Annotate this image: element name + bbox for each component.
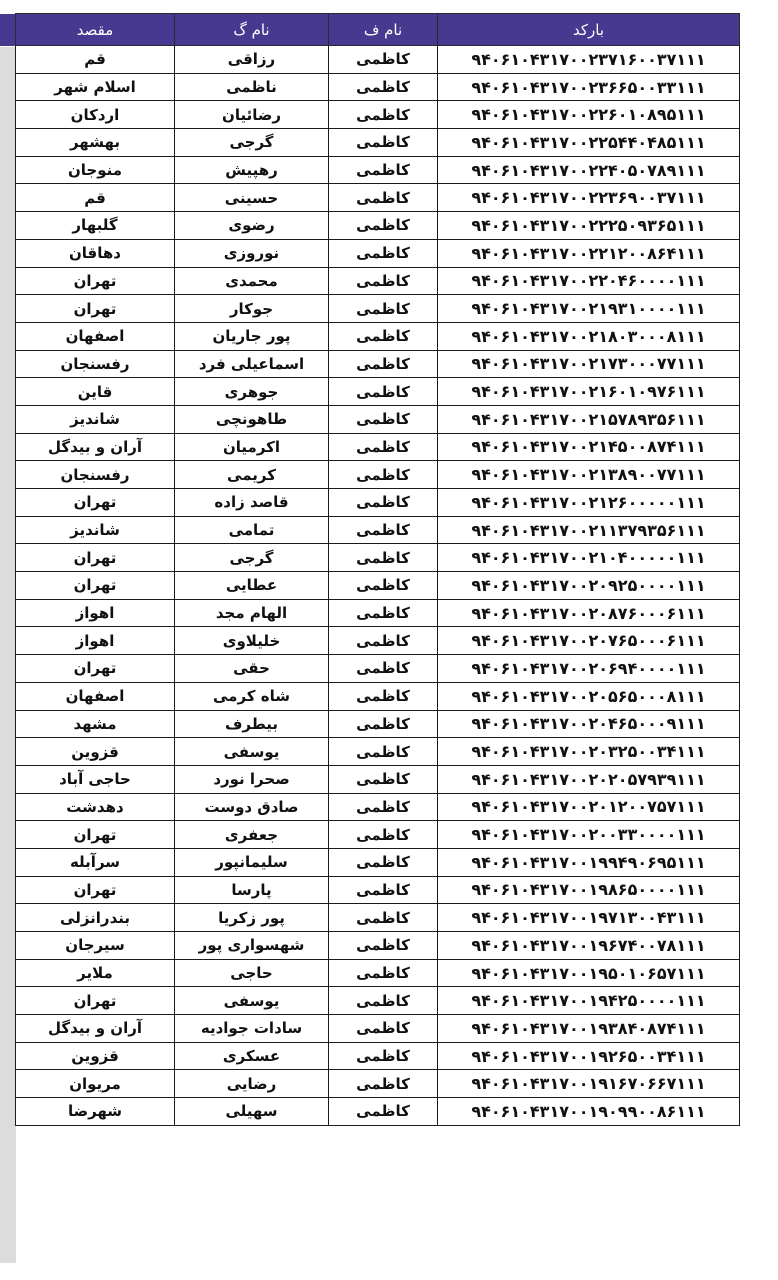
cell-last-name: سادات جوادیه — [175, 1015, 329, 1043]
cell-first-name: کاظمی — [329, 710, 438, 738]
cell-first-name: کاظمی — [329, 46, 438, 74]
cell-last-name: خلیلاوی — [175, 627, 329, 655]
cell-first-name: کاظمی — [329, 655, 438, 683]
table-row: تهرانقاصد زادهکاظمی۹۴۰۶۱۰۴۳۱۷۰۰۲۱۲۶۰۰۰۰۰… — [16, 489, 740, 517]
cell-last-name: جعفری — [175, 821, 329, 849]
cell-barcode: ۹۴۰۶۱۰۴۳۱۷۰۰۲۰۶۹۴۰۰۰۰۱۱۱ — [438, 655, 740, 683]
cell-destination: ملایر — [16, 959, 175, 987]
cell-barcode: ۹۴۰۶۱۰۴۳۱۷۰۰۱۹۸۶۵۰۰۰۰۱۱۱ — [438, 876, 740, 904]
cell-destination: قزوین — [16, 738, 175, 766]
cell-destination: تهران — [16, 655, 175, 683]
column-header-first-name: نام ف — [329, 14, 438, 46]
cell-first-name: کاظمی — [329, 405, 438, 433]
cell-destination: اسلام شهر — [16, 73, 175, 101]
table-row: اهوازخلیلاویکاظمی۹۴۰۶۱۰۴۳۱۷۰۰۲۰۷۶۵۰۰۰۶۱۱… — [16, 627, 740, 655]
cell-last-name: سهیلی — [175, 1098, 329, 1126]
table-row: رفسنجانکریمیکاظمی۹۴۰۶۱۰۴۳۱۷۰۰۲۱۳۸۹۰۰۷۷۱۱… — [16, 461, 740, 489]
cell-barcode: ۹۴۰۶۱۰۴۳۱۷۰۰۲۲۲۵۰۹۳۶۵۱۱۱ — [438, 212, 740, 240]
table-row: دهاقاننوروزیکاظمی۹۴۰۶۱۰۴۳۱۷۰۰۲۲۱۲۰۰۸۶۴۱۱… — [16, 239, 740, 267]
cell-destination: شاندیز — [16, 516, 175, 544]
cell-barcode: ۹۴۰۶۱۰۴۳۱۷۰۰۲۰۱۲۰۰۷۵۷۱۱۱ — [438, 793, 740, 821]
cell-barcode: ۹۴۰۶۱۰۴۳۱۷۰۰۱۹۱۶۷۰۶۶۷۱۱۱ — [438, 1070, 740, 1098]
table-row: سرآبلهسلیمانپورکاظمی۹۴۰۶۱۰۴۳۱۷۰۰۱۹۹۴۹۰۶۹… — [16, 848, 740, 876]
cell-destination: آران و بیدگل — [16, 433, 175, 461]
table-row: تهرانمحمدیکاظمی۹۴۰۶۱۰۴۳۱۷۰۰۲۲۰۴۶۰۰۰۰۱۱۱ — [16, 267, 740, 295]
cell-first-name: کاظمی — [329, 461, 438, 489]
cell-barcode: ۹۴۰۶۱۰۴۳۱۷۰۰۲۰۴۶۵۰۰۰۹۱۱۱ — [438, 710, 740, 738]
cell-first-name: کاظمی — [329, 156, 438, 184]
table-row: قمرزاقیکاظمی۹۴۰۶۱۰۴۳۱۷۰۰۲۳۷۱۶۰۰۳۷۱۱۱ — [16, 46, 740, 74]
shipment-table: مقصد نام گ نام ف بارکد قمرزاقیکاظمی۹۴۰۶۱… — [15, 13, 740, 1126]
cell-barcode: ۹۴۰۶۱۰۴۳۱۷۰۰۲۱۷۳۰۰۰۷۷۱۱۱ — [438, 350, 740, 378]
table-row: اصفهانشاه کرمیکاظمی۹۴۰۶۱۰۴۳۱۷۰۰۲۰۵۶۵۰۰۰۸… — [16, 682, 740, 710]
cell-barcode: ۹۴۰۶۱۰۴۳۱۷۰۰۲۰۷۶۵۰۰۰۶۱۱۱ — [438, 627, 740, 655]
cell-first-name: کاظمی — [329, 322, 438, 350]
table-row: اهوازالهام مجدکاظمی۹۴۰۶۱۰۴۳۱۷۰۰۲۰۸۷۶۰۰۰۶… — [16, 599, 740, 627]
cell-first-name: کاظمی — [329, 738, 438, 766]
cell-barcode: ۹۴۰۶۱۰۴۳۱۷۰۰۱۹۶۷۴۰۰۷۸۱۱۱ — [438, 932, 740, 960]
cell-first-name: کاظمی — [329, 184, 438, 212]
table-body: قمرزاقیکاظمی۹۴۰۶۱۰۴۳۱۷۰۰۲۳۷۱۶۰۰۳۷۱۱۱اسلا… — [16, 46, 740, 1126]
table-row: تهرانگرجیکاظمی۹۴۰۶۱۰۴۳۱۷۰۰۲۱۰۴۰۰۰۰۰۱۱۱ — [16, 544, 740, 572]
cell-barcode: ۹۴۰۶۱۰۴۳۱۷۰۰۲۰۳۲۵۰۰۳۴۱۱۱ — [438, 738, 740, 766]
cell-destination: قم — [16, 184, 175, 212]
cell-destination: تهران — [16, 876, 175, 904]
cell-last-name: رضایی — [175, 1070, 329, 1098]
cell-first-name: کاظمی — [329, 239, 438, 267]
table-row: قزوینعسکریکاظمی۹۴۰۶۱۰۴۳۱۷۰۰۱۹۲۶۵۰۰۳۴۱۱۱ — [16, 1042, 740, 1070]
cell-last-name: بیطرف — [175, 710, 329, 738]
cell-destination: تهران — [16, 295, 175, 323]
cell-first-name: کاظمی — [329, 516, 438, 544]
cell-first-name: کاظمی — [329, 848, 438, 876]
cell-destination: سرآبله — [16, 848, 175, 876]
table-row: ملایرحاجیکاظمی۹۴۰۶۱۰۴۳۱۷۰۰۱۹۵۰۱۰۶۵۷۱۱۱ — [16, 959, 740, 987]
cell-first-name: کاظمی — [329, 904, 438, 932]
cell-last-name: رضوی — [175, 212, 329, 240]
cell-destination: قزوین — [16, 1042, 175, 1070]
cell-last-name: صادق دوست — [175, 793, 329, 821]
cell-last-name: پارسا — [175, 876, 329, 904]
table-row: قزوینیوسفیکاظمی۹۴۰۶۱۰۴۳۱۷۰۰۲۰۳۲۵۰۰۳۴۱۱۱ — [16, 738, 740, 766]
cell-last-name: جوکار — [175, 295, 329, 323]
cell-last-name: جوهری — [175, 378, 329, 406]
cell-barcode: ۹۴۰۶۱۰۴۳۱۷۰۰۲۳۶۶۵۰۰۳۳۱۱۱ — [438, 73, 740, 101]
table-row: مریوانرضاییکاظمی۹۴۰۶۱۰۴۳۱۷۰۰۱۹۱۶۷۰۶۶۷۱۱۱ — [16, 1070, 740, 1098]
cell-first-name: کاظمی — [329, 1042, 438, 1070]
cell-barcode: ۹۴۰۶۱۰۴۳۱۷۰۰۲۰۲۰۵۷۹۳۹۱۱۱ — [438, 765, 740, 793]
shipment-table-container: مقصد نام گ نام ف بارکد قمرزاقیکاظمی۹۴۰۶۱… — [15, 13, 739, 1126]
cell-destination: بندرانزلی — [16, 904, 175, 932]
cell-destination: شاندیز — [16, 405, 175, 433]
table-row: رفسنجاناسماعیلی فردکاظمی۹۴۰۶۱۰۴۳۱۷۰۰۲۱۷۳… — [16, 350, 740, 378]
cell-barcode: ۹۴۰۶۱۰۴۳۱۷۰۰۲۱۹۳۱۰۰۰۰۱۱۱ — [438, 295, 740, 323]
cell-last-name: حقی — [175, 655, 329, 683]
cell-first-name: کاظمی — [329, 350, 438, 378]
cell-destination: قم — [16, 46, 175, 74]
cell-destination: رفسنجان — [16, 461, 175, 489]
cell-destination: دهاقان — [16, 239, 175, 267]
cell-destination: گلبهار — [16, 212, 175, 240]
cell-last-name: شاه کرمی — [175, 682, 329, 710]
cell-last-name: صحرا نورد — [175, 765, 329, 793]
cell-first-name: کاظمی — [329, 627, 438, 655]
cell-barcode: ۹۴۰۶۱۰۴۳۱۷۰۰۲۲۰۴۶۰۰۰۰۱۱۱ — [438, 267, 740, 295]
cell-first-name: کاظمی — [329, 1015, 438, 1043]
cell-last-name: گرجی — [175, 129, 329, 157]
cell-last-name: شهسواری پور — [175, 932, 329, 960]
cell-first-name: کاظمی — [329, 932, 438, 960]
table-row: قاینجوهریکاظمی۹۴۰۶۱۰۴۳۱۷۰۰۲۱۶۰۱۰۹۷۶۱۱۱ — [16, 378, 740, 406]
cell-first-name: کاظمی — [329, 267, 438, 295]
cell-first-name: کاظمی — [329, 212, 438, 240]
cell-destination: تهران — [16, 821, 175, 849]
cell-first-name: کاظمی — [329, 433, 438, 461]
cell-barcode: ۹۴۰۶۱۰۴۳۱۷۰۰۲۱۸۰۳۰۰۰۸۱۱۱ — [438, 322, 740, 350]
table-row: تهرانپارساکاظمی۹۴۰۶۱۰۴۳۱۷۰۰۱۹۸۶۵۰۰۰۰۱۱۱ — [16, 876, 740, 904]
table-row: شهرضاسهیلیکاظمی۹۴۰۶۱۰۴۳۱۷۰۰۱۹۰۹۹۰۰۸۶۱۱۱ — [16, 1098, 740, 1126]
cell-first-name: کاظمی — [329, 765, 438, 793]
cell-last-name: پور جاریان — [175, 322, 329, 350]
cell-barcode: ۹۴۰۶۱۰۴۳۱۷۰۰۲۰۹۲۵۰۰۰۰۱۱۱ — [438, 572, 740, 600]
table-row: شاندیزطاهونچیکاظمی۹۴۰۶۱۰۴۳۱۷۰۰۲۱۵۷۸۹۳۵۶۱… — [16, 405, 740, 433]
cell-last-name: تمامی — [175, 516, 329, 544]
cell-last-name: الهام مجد — [175, 599, 329, 627]
cell-barcode: ۹۴۰۶۱۰۴۳۱۷۰۰۱۹۷۱۳۰۰۴۳۱۱۱ — [438, 904, 740, 932]
cell-first-name: کاظمی — [329, 489, 438, 517]
cell-last-name: نوروزی — [175, 239, 329, 267]
cell-barcode: ۹۴۰۶۱۰۴۳۱۷۰۰۲۲۴۰۵۰۷۸۹۱۱۱ — [438, 156, 740, 184]
table-row: اردکانرضائیانکاظمی۹۴۰۶۱۰۴۳۱۷۰۰۲۲۶۰۱۰۸۹۵۱… — [16, 101, 740, 129]
table-row: اصفهانپور جاریانکاظمی۹۴۰۶۱۰۴۳۱۷۰۰۲۱۸۰۳۰۰… — [16, 322, 740, 350]
cell-barcode: ۹۴۰۶۱۰۴۳۱۷۰۰۲۱۱۳۷۹۳۵۶۱۱۱ — [438, 516, 740, 544]
cell-last-name: یوسفی — [175, 738, 329, 766]
cell-last-name: عسکری — [175, 1042, 329, 1070]
cell-barcode: ۹۴۰۶۱۰۴۳۱۷۰۰۲۱۴۵۰۰۸۷۴۱۱۱ — [438, 433, 740, 461]
cell-barcode: ۹۴۰۶۱۰۴۳۱۷۰۰۲۲۳۶۹۰۰۳۷۱۱۱ — [438, 184, 740, 212]
table-row: تهرانحقیکاظمی۹۴۰۶۱۰۴۳۱۷۰۰۲۰۶۹۴۰۰۰۰۱۱۱ — [16, 655, 740, 683]
cell-destination: دهدشت — [16, 793, 175, 821]
cell-first-name: کاظمی — [329, 1098, 438, 1126]
cell-first-name: کاظمی — [329, 73, 438, 101]
cell-first-name: کاظمی — [329, 793, 438, 821]
cell-destination: سیرجان — [16, 932, 175, 960]
cell-last-name: عطایی — [175, 572, 329, 600]
cell-destination: رفسنجان — [16, 350, 175, 378]
cell-destination: شهرضا — [16, 1098, 175, 1126]
cell-last-name: پور زکریا — [175, 904, 329, 932]
cell-last-name: اکرمیان — [175, 433, 329, 461]
table-row: مشهدبیطرفکاظمی۹۴۰۶۱۰۴۳۱۷۰۰۲۰۴۶۵۰۰۰۹۱۱۱ — [16, 710, 740, 738]
cell-first-name: کاظمی — [329, 987, 438, 1015]
cell-destination: تهران — [16, 267, 175, 295]
table-row: اسلام شهرناظمیکاظمی۹۴۰۶۱۰۴۳۱۷۰۰۲۳۶۶۵۰۰۳۳… — [16, 73, 740, 101]
cell-barcode: ۹۴۰۶۱۰۴۳۱۷۰۰۱۹۴۲۵۰۰۰۰۱۱۱ — [438, 987, 740, 1015]
cell-last-name: اسماعیلی فرد — [175, 350, 329, 378]
left-gray-strip — [0, 47, 16, 1263]
cell-barcode: ۹۴۰۶۱۰۴۳۱۷۰۰۱۹۲۶۵۰۰۳۴۱۱۱ — [438, 1042, 740, 1070]
cell-last-name: محمدی — [175, 267, 329, 295]
column-header-last-name: نام گ — [175, 14, 329, 46]
cell-last-name: رهپیش — [175, 156, 329, 184]
cell-last-name: کریمی — [175, 461, 329, 489]
table-row: گلبهاررضویکاظمی۹۴۰۶۱۰۴۳۱۷۰۰۲۲۲۵۰۹۳۶۵۱۱۱ — [16, 212, 740, 240]
cell-first-name: کاظمی — [329, 821, 438, 849]
cell-barcode: ۹۴۰۶۱۰۴۳۱۷۰۰۱۹۰۹۹۰۰۸۶۱۱۱ — [438, 1098, 740, 1126]
cell-first-name: کاظمی — [329, 295, 438, 323]
table-row: قمحسینیکاظمی۹۴۰۶۱۰۴۳۱۷۰۰۲۲۳۶۹۰۰۳۷۱۱۱ — [16, 184, 740, 212]
cell-destination: اصفهان — [16, 322, 175, 350]
cell-first-name: کاظمی — [329, 682, 438, 710]
cell-barcode: ۹۴۰۶۱۰۴۳۱۷۰۰۱۹۵۰۱۰۶۵۷۱۱۱ — [438, 959, 740, 987]
cell-barcode: ۹۴۰۶۱۰۴۳۱۷۰۰۲۰۵۶۵۰۰۰۸۱۱۱ — [438, 682, 740, 710]
cell-first-name: کاظمی — [329, 599, 438, 627]
column-header-barcode: بارکد — [438, 14, 740, 46]
cell-last-name: قاصد زاده — [175, 489, 329, 517]
cell-destination: اهواز — [16, 599, 175, 627]
cell-last-name: گرجی — [175, 544, 329, 572]
cell-destination: حاجی آباد — [16, 765, 175, 793]
table-row: تهرانیوسفیکاظمی۹۴۰۶۱۰۴۳۱۷۰۰۱۹۴۲۵۰۰۰۰۱۱۱ — [16, 987, 740, 1015]
cell-last-name: حاجی — [175, 959, 329, 987]
cell-barcode: ۹۴۰۶۱۰۴۳۱۷۰۰۲۰۰۳۳۰۰۰۰۱۱۱ — [438, 821, 740, 849]
cell-destination: اردکان — [16, 101, 175, 129]
cell-destination: تهران — [16, 544, 175, 572]
table-row: آران و بیدگلاکرمیانکاظمی۹۴۰۶۱۰۴۳۱۷۰۰۲۱۴۵… — [16, 433, 740, 461]
cell-last-name: یوسفی — [175, 987, 329, 1015]
table-row: منوجانرهپیشکاظمی۹۴۰۶۱۰۴۳۱۷۰۰۲۲۴۰۵۰۷۸۹۱۱۱ — [16, 156, 740, 184]
cell-destination: مشهد — [16, 710, 175, 738]
cell-first-name: کاظمی — [329, 959, 438, 987]
table-row: شاندیزتمامیکاظمی۹۴۰۶۱۰۴۳۱۷۰۰۲۱۱۳۷۹۳۵۶۱۱۱ — [16, 516, 740, 544]
cell-destination: آران و بیدگل — [16, 1015, 175, 1043]
table-row: تهرانجعفریکاظمی۹۴۰۶۱۰۴۳۱۷۰۰۲۰۰۳۳۰۰۰۰۱۱۱ — [16, 821, 740, 849]
cell-first-name: کاظمی — [329, 101, 438, 129]
table-header: مقصد نام گ نام ف بارکد — [16, 14, 740, 46]
table-row: آران و بیدگلسادات جوادیهکاظمی۹۴۰۶۱۰۴۳۱۷۰… — [16, 1015, 740, 1043]
cell-last-name: حسینی — [175, 184, 329, 212]
column-header-destination: مقصد — [16, 14, 175, 46]
cell-first-name: کاظمی — [329, 129, 438, 157]
cell-barcode: ۹۴۰۶۱۰۴۳۱۷۰۰۲۲۱۲۰۰۸۶۴۱۱۱ — [438, 239, 740, 267]
cell-last-name: رزاقی — [175, 46, 329, 74]
left-header-tab — [0, 14, 16, 46]
cell-last-name: سلیمانپور — [175, 848, 329, 876]
cell-barcode: ۹۴۰۶۱۰۴۳۱۷۰۰۲۲۵۴۴۰۴۸۵۱۱۱ — [438, 129, 740, 157]
cell-barcode: ۹۴۰۶۱۰۴۳۱۷۰۰۲۱۲۶۰۰۰۰۰۱۱۱ — [438, 489, 740, 517]
cell-last-name: رضائیان — [175, 101, 329, 129]
cell-barcode: ۹۴۰۶۱۰۴۳۱۷۰۰۲۱۵۷۸۹۳۵۶۱۱۱ — [438, 405, 740, 433]
cell-first-name: کاظمی — [329, 378, 438, 406]
cell-last-name: طاهونچی — [175, 405, 329, 433]
cell-first-name: کاظمی — [329, 876, 438, 904]
cell-barcode: ۹۴۰۶۱۰۴۳۱۷۰۰۱۹۹۴۹۰۶۹۵۱۱۱ — [438, 848, 740, 876]
cell-destination: اصفهان — [16, 682, 175, 710]
cell-barcode: ۹۴۰۶۱۰۴۳۱۷۰۰۲۱۶۰۱۰۹۷۶۱۱۱ — [438, 378, 740, 406]
cell-first-name: کاظمی — [329, 544, 438, 572]
cell-barcode: ۹۴۰۶۱۰۴۳۱۷۰۰۲۰۸۷۶۰۰۰۶۱۱۱ — [438, 599, 740, 627]
table-row: دهدشتصادق دوستکاظمی۹۴۰۶۱۰۴۳۱۷۰۰۲۰۱۲۰۰۷۵۷… — [16, 793, 740, 821]
table-row: تهرانجوکارکاظمی۹۴۰۶۱۰۴۳۱۷۰۰۲۱۹۳۱۰۰۰۰۱۱۱ — [16, 295, 740, 323]
cell-first-name: کاظمی — [329, 572, 438, 600]
cell-destination: منوجان — [16, 156, 175, 184]
cell-barcode: ۹۴۰۶۱۰۴۳۱۷۰۰۲۳۷۱۶۰۰۳۷۱۱۱ — [438, 46, 740, 74]
cell-first-name: کاظمی — [329, 1070, 438, 1098]
table-row: تهرانعطاییکاظمی۹۴۰۶۱۰۴۳۱۷۰۰۲۰۹۲۵۰۰۰۰۱۱۱ — [16, 572, 740, 600]
cell-barcode: ۹۴۰۶۱۰۴۳۱۷۰۰۲۲۶۰۱۰۸۹۵۱۱۱ — [438, 101, 740, 129]
header-row: مقصد نام گ نام ف بارکد — [16, 14, 740, 46]
cell-destination: تهران — [16, 572, 175, 600]
cell-destination: بهشهر — [16, 129, 175, 157]
cell-destination: قاین — [16, 378, 175, 406]
table-row: بهشهرگرجیکاظمی۹۴۰۶۱۰۴۳۱۷۰۰۲۲۵۴۴۰۴۸۵۱۱۱ — [16, 129, 740, 157]
cell-destination: تهران — [16, 987, 175, 1015]
table-row: سیرجانشهسواری پورکاظمی۹۴۰۶۱۰۴۳۱۷۰۰۱۹۶۷۴۰… — [16, 932, 740, 960]
cell-destination: تهران — [16, 489, 175, 517]
cell-destination: اهواز — [16, 627, 175, 655]
cell-barcode: ۹۴۰۶۱۰۴۳۱۷۰۰۲۱۳۸۹۰۰۷۷۱۱۱ — [438, 461, 740, 489]
cell-barcode: ۹۴۰۶۱۰۴۳۱۷۰۰۱۹۳۸۴۰۸۷۴۱۱۱ — [438, 1015, 740, 1043]
cell-destination: مریوان — [16, 1070, 175, 1098]
table-row: حاجی آبادصحرا نوردکاظمی۹۴۰۶۱۰۴۳۱۷۰۰۲۰۲۰۵… — [16, 765, 740, 793]
cell-last-name: ناظمی — [175, 73, 329, 101]
table-row: بندرانزلیپور زکریاکاظمی۹۴۰۶۱۰۴۳۱۷۰۰۱۹۷۱۳… — [16, 904, 740, 932]
cell-barcode: ۹۴۰۶۱۰۴۳۱۷۰۰۲۱۰۴۰۰۰۰۰۱۱۱ — [438, 544, 740, 572]
